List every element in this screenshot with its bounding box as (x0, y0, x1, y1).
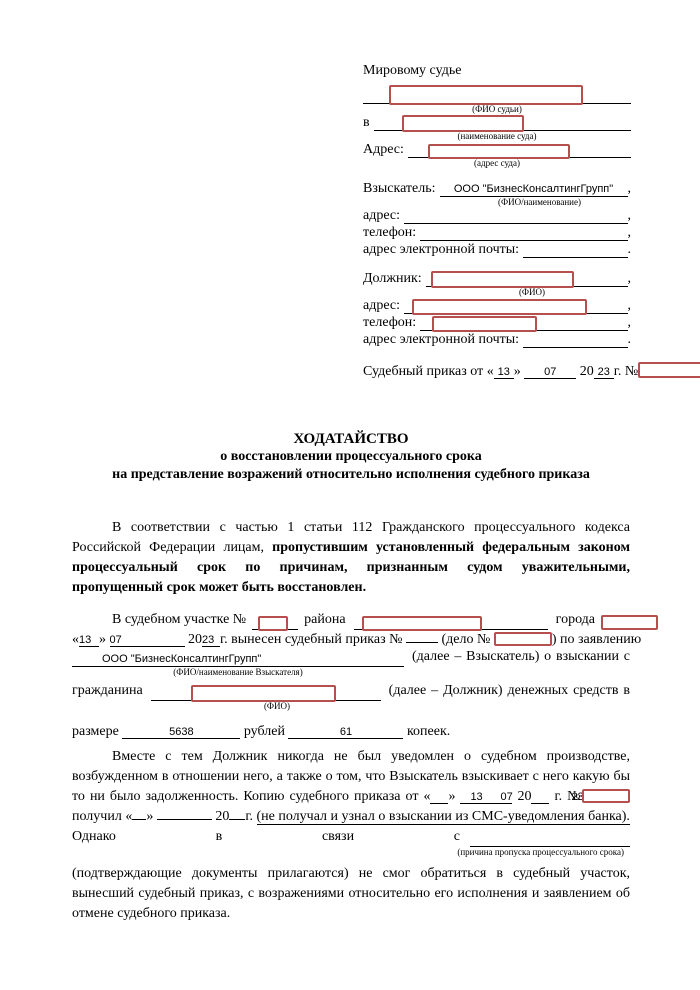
court-name-row: в (363, 114, 631, 131)
word-v: в (216, 827, 223, 847)
order-year-prefix: 20 (580, 364, 594, 379)
court-address-label: Адрес: (363, 141, 408, 158)
order-prefix: Судебный приказ от (363, 364, 483, 379)
p3-no-label: № (567, 789, 582, 804)
redaction-order-number-p3 (582, 789, 630, 803)
debtor-email-field (523, 332, 627, 348)
received-month-field (157, 819, 212, 820)
debtor-address-row: адрес: , (363, 297, 631, 314)
p2-court-segment: В судебном участке № (72, 610, 246, 630)
court-station-number-field (252, 614, 298, 630)
punct-comma: , (628, 224, 632, 241)
redaction-city-name (601, 615, 658, 630)
redaction-case-number (494, 632, 552, 646)
order-day-value: 13 (494, 366, 514, 379)
received-day-field (132, 819, 146, 820)
p3-month-value: 07 (460, 791, 512, 804)
petition-document-page: Мировому судье (ФИО судьи) в (наименован… (0, 0, 700, 990)
p2-day-value: 13 (79, 634, 99, 647)
p3-underlined-note: (не получал и узнал о взыскании из СМС-у… (257, 809, 630, 825)
p2-rubles-segment: рублей (244, 724, 285, 739)
claimant-phone-row: телефон: , (363, 224, 631, 241)
order-reference-line: Судебный приказ от «13» 07 2023г. № (363, 362, 700, 382)
claimant-address-row: адрес: , (363, 207, 631, 224)
debtor-phone-row: телефон: , (363, 314, 631, 331)
claimant-email-label: адрес электронной почты: (363, 241, 523, 258)
debtor-address-label: адрес: (363, 297, 404, 314)
p2-city-segment: города (556, 610, 595, 630)
court-header-block: Мировому судье (ФИО судьи) в (наименован… (363, 62, 631, 382)
p3-year-value: 23 (531, 791, 549, 804)
p3-received-segment: получил (72, 809, 122, 824)
redaction-judge-name (389, 85, 583, 105)
petition-body: ХОДАТАЙСТВО о восстановлении процессуаль… (72, 430, 630, 924)
rubles-value: 5638 (122, 726, 240, 739)
punct-period: . (628, 241, 632, 258)
claimant-email-field (523, 242, 627, 258)
p3-20-segment: 20 (215, 809, 229, 824)
p2-amount-segment: размере (72, 724, 119, 739)
p3-year-prefix: 20 (517, 789, 531, 804)
redaction-debtor-address (412, 299, 587, 315)
debtor-address-field (404, 298, 627, 314)
received-year-field (229, 819, 245, 820)
p2-kopecks-segment: копеек. (407, 724, 450, 739)
debtor-name-field-body (151, 685, 381, 701)
punct-period: . (628, 331, 632, 348)
claimant-label: Взыскатель: (363, 180, 440, 197)
redaction-citizen-name (191, 685, 336, 702)
p2-line-claimant: ООО "БизнесКонсалтингГрупп" (далее – Взы… (72, 650, 630, 667)
quote-close: » (448, 789, 455, 804)
court-address-caption: (адрес суда) (363, 158, 631, 168)
word-svyazi: связи (322, 827, 354, 847)
redaction-debtor-name (431, 271, 574, 288)
claimant-address-field (404, 208, 627, 224)
p2-month-value: 07 (110, 634, 185, 647)
debtor-name-row: Должник: , (363, 270, 631, 287)
quote-close: » (146, 809, 153, 824)
p3-day-value: 13 (430, 791, 448, 804)
p2-fio-caption: (ФИО) (162, 701, 392, 712)
p3-g-segment: г. (245, 809, 253, 824)
p2-year-value: 23 (202, 634, 220, 647)
quote-open: « (125, 809, 132, 824)
p2-case-close-segment: ) по заявлению (552, 632, 641, 647)
p2-line-citizen: гражданина (далее – Должник) денежных ср… (72, 684, 630, 701)
district-name-field (354, 614, 548, 630)
debtor-email-row: адрес электронной почты: . (363, 331, 631, 348)
claimant-name-caption: (ФИО/наименование) (448, 197, 631, 207)
punct-comma: , (628, 180, 632, 197)
judge-name-row (363, 79, 631, 104)
debtor-name-field (426, 271, 628, 287)
redaction-court-name (402, 115, 524, 132)
judge-name-caption: (ФИО судьи) (363, 104, 631, 114)
claimant-name-field: ООО "БизнесКонсалтингГрупп" (440, 181, 628, 197)
reason-field (470, 831, 630, 847)
debtor-label: Должник: (363, 270, 426, 287)
p2-hereinafter-claimant: (далее – Взыскатель) о взыскании с (404, 647, 630, 667)
redaction-debtor-phone (432, 316, 537, 332)
p2-district-segment: района (304, 610, 345, 630)
order-number-field (406, 642, 438, 643)
p2-hereinafter-debtor: (далее – Должник) денежных средств в (389, 681, 630, 701)
title-line1: ХОДАТАЙСТВО (72, 430, 630, 448)
p2-line-court: В судебном участке № района города (72, 610, 630, 630)
court-name-caption: (наименование суда) (363, 131, 631, 141)
claimant-name-field-body: ООО "БизнесКонсалтингГрупп" (72, 651, 404, 667)
redaction-station-number (258, 616, 288, 631)
order-year-suffix: г. (614, 364, 622, 379)
debtor-name-caption: (ФИО) (433, 287, 631, 297)
claimant-name-row: Взыскатель: ООО "БизнесКонсалтингГрупп" … (363, 180, 631, 197)
title-line3: на представление возражений относительно… (72, 466, 630, 484)
redaction-court-address (428, 144, 570, 159)
p2-issued-segment: г. вынесен судебный приказ № (220, 632, 403, 647)
p2-citizen-segment: гражданина (72, 681, 143, 701)
punct-comma: , (628, 270, 632, 287)
claimant-phone-label: телефон: (363, 224, 420, 241)
paragraph-legal-basis: В соответствии с частью 1 статьи 112 Гра… (72, 518, 630, 598)
p2-line-amount: размере 5638 рублей 61 копеек. (72, 722, 630, 739)
claimant-phone-field (420, 225, 627, 241)
claimant-email-row: адрес электронной почты: . (363, 241, 631, 258)
quote-close: » (99, 632, 106, 647)
document-title: ХОДАТАЙСТВО о восстановлении процессуаль… (72, 430, 630, 484)
paragraph-could-not-object: (подтверждающие документы прилагаются) н… (72, 864, 630, 924)
redaction-order-number (638, 362, 700, 378)
word-s: с (454, 827, 460, 847)
order-month-value: 07 (524, 366, 576, 379)
redaction-district-name (362, 616, 482, 631)
court-address-row: Адрес: (363, 141, 631, 158)
debtor-email-label: адрес электронной почты: (363, 331, 523, 348)
quote-open: « (72, 632, 79, 647)
quote-open: « (487, 364, 494, 379)
punct-comma: , (628, 207, 632, 224)
quote-close: » (514, 364, 521, 379)
p2-year-prefix: 20 (188, 632, 202, 647)
reason-caption: (причина пропуска процессуального срока) (72, 847, 630, 858)
kopecks-value: 61 (288, 726, 403, 739)
claimant-address-label: адрес: (363, 207, 404, 224)
claimant-name-value: ООО "БизнесКонсалтингГрупп" (440, 183, 628, 195)
punct-comma: , (628, 297, 632, 314)
court-in-label: в (363, 114, 374, 131)
court-address-field (408, 142, 631, 158)
p2-claimant-caption: (ФИО/наименование Взыскателя) (72, 667, 404, 678)
order-no-label: № (625, 364, 638, 379)
title-line2: о восстановлении процессуального срока (72, 448, 630, 466)
punct-comma: , (628, 314, 632, 331)
court-name-field (374, 115, 631, 131)
debtor-phone-field (420, 315, 627, 331)
judge-name-field (363, 79, 631, 104)
p3-year-suffix: г. (554, 789, 562, 804)
addressee-label: Мировому судье (363, 62, 631, 79)
p2-claimant-name-value: ООО "БизнесКонсалтингГрупп" (72, 653, 404, 665)
order-year-value: 23 (594, 366, 614, 379)
paragraph-not-notified: Вместе с тем Должник никогда не был увед… (72, 747, 630, 827)
p2-case-open-segment: (дело № (442, 632, 491, 647)
paragraph-order-issued: В судебном участке № района города «13» … (72, 610, 630, 739)
quote-open: « (423, 789, 430, 804)
p3-reason-line: Однако в связи с (72, 827, 630, 847)
word-odnako: Однако (72, 827, 116, 847)
debtor-phone-label: телефон: (363, 314, 420, 331)
